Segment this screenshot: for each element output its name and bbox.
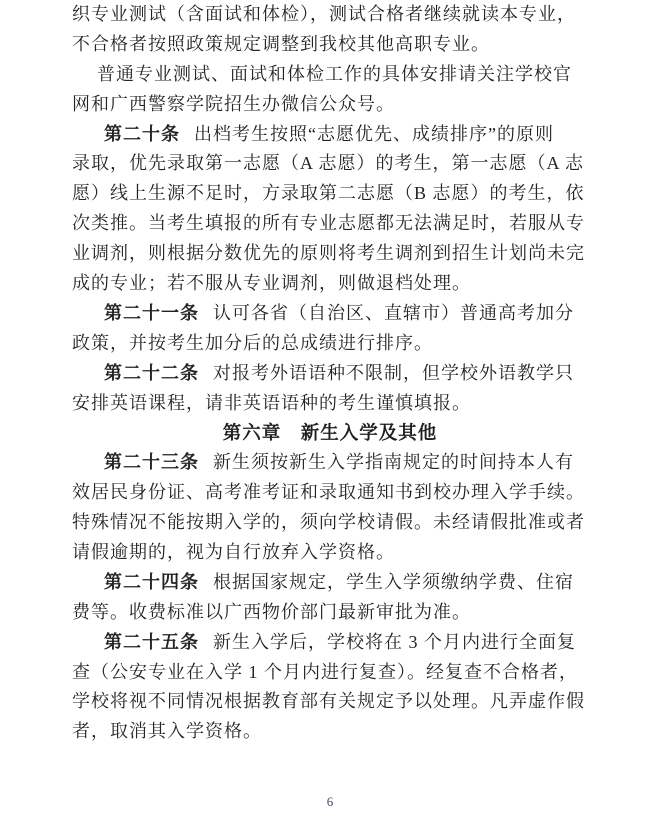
article-number: 第二十条 bbox=[104, 124, 180, 144]
line-text: 根据国家规定，学生入学须缴纳学费、住宿 bbox=[213, 572, 574, 592]
article-number: 第二十二条 bbox=[104, 363, 199, 383]
text-line: 愿）线上生源不足时，方录取第二志愿（B 志愿）的考生，依 bbox=[72, 179, 588, 209]
text-line: 录取，优先录取第一志愿（A 志愿）的考生，第一志愿（A 志 bbox=[72, 149, 588, 179]
text-line: 不合格者按照政策规定调整到我校其他高职专业。 bbox=[72, 30, 588, 60]
text-line: 者，取消其入学资格。 bbox=[72, 717, 588, 747]
text-line: 请假逾期的，视为自行放弃入学资格。 bbox=[72, 538, 588, 568]
document-page: 织专业测试（含面试和体检），测试合格者继续就读本专业， 不合格者按照政策规定调整… bbox=[0, 0, 660, 836]
text-line: 第二十一条认可各省（自治区、直辖市）普通高考加分 bbox=[72, 299, 588, 329]
article-number: 第二十三条 bbox=[104, 452, 199, 472]
text-line: 学校将视不同情况根据教育部有关规定予以处理。凡弄虚作假 bbox=[72, 687, 588, 717]
article-number: 第二十一条 bbox=[104, 303, 199, 323]
text-line: 特殊情况不能按期入学的，须向学校请假。未经请假批准或者 bbox=[72, 508, 588, 538]
text-line: 第二十三条新生须按新生入学指南规定的时间持本人有 bbox=[72, 448, 588, 478]
text-line: 普通专业测试、面试和体检工作的具体安排请关注学校官 bbox=[72, 60, 588, 90]
line-text: 出档考生按照“志愿优先、成绩排序”的原则 bbox=[194, 124, 554, 144]
text-line: 费等。收费标准以广西物价部门最新审批为准。 bbox=[72, 598, 588, 628]
text-line: 第二十四条根据国家规定，学生入学须缴纳学费、住宿 bbox=[72, 568, 588, 598]
text-line: 网和广西警察学院招生办微信公众号。 bbox=[72, 90, 588, 120]
text-line: 查（公安专业在入学 1 个月内进行复查）。经复查不合格者， bbox=[72, 658, 588, 688]
text-line: 安排英语课程，请非英语语种的考生谨慎填报。 bbox=[72, 389, 588, 419]
article-number: 第二十四条 bbox=[104, 572, 199, 592]
line-text: 新生须按新生入学指南规定的时间持本人有 bbox=[213, 452, 574, 472]
article-number: 第二十五条 bbox=[104, 632, 199, 652]
line-text: 认可各省（自治区、直辖市）普通高考加分 bbox=[213, 303, 574, 323]
text-line: 业调剂，则根据分数优先的原则将考生调剂到招生计划尚未完 bbox=[72, 239, 588, 269]
chapter-heading: 第六章 新生入学及其他 bbox=[72, 418, 588, 448]
text-line: 政策，并按考生加分后的总成绩进行排序。 bbox=[72, 329, 588, 359]
text-line: 第二十五条新生入学后，学校将在 3 个月内进行全面复 bbox=[72, 628, 588, 658]
line-text: 对报考外语语种不限制，但学校外语教学只 bbox=[213, 363, 574, 383]
line-text: 新生入学后，学校将在 3 个月内进行全面复 bbox=[213, 632, 576, 652]
text-line: 效居民身份证、高考准考证和录取通知书到校办理入学手续。 bbox=[72, 478, 588, 508]
text-line: 成的专业；若不服从专业调剂，则做退档处理。 bbox=[72, 269, 588, 299]
text-line: 第二十二条对报考外语语种不限制，但学校外语教学只 bbox=[72, 359, 588, 389]
page-number: 6 bbox=[0, 794, 660, 810]
text-line: 织专业测试（含面试和体检），测试合格者继续就读本专业， bbox=[72, 0, 588, 30]
text-line: 第二十条出档考生按照“志愿优先、成绩排序”的原则 bbox=[72, 120, 588, 150]
text-line: 次类推。当考生填报的所有专业志愿都无法满足时，若服从专 bbox=[72, 209, 588, 239]
document-body: 织专业测试（含面试和体检），测试合格者继续就读本专业， 不合格者按照政策规定调整… bbox=[72, 0, 588, 747]
